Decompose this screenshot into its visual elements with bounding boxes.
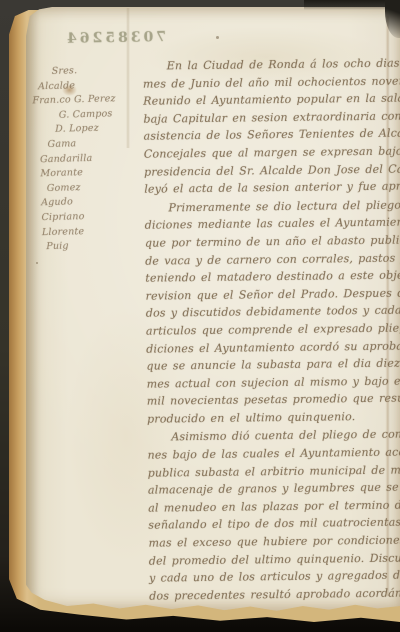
manuscript-paragraph: Asimismo dió cuenta del pliego de condic… (147, 426, 400, 605)
attendee-margin-list: Sres.AlcaldeFran.co G. PerezG. CamposD. … (32, 63, 141, 255)
manuscript-body-text: En la Ciudad de Ronda á los ocho dias de… (143, 54, 400, 605)
manuscript-line: mil novecientas pesetas promedio que res… (147, 390, 400, 411)
manuscript-line: dos precedentes resultó aprobado acordán… (149, 584, 400, 605)
manuscript-paragraph: En la Ciudad de Ronda á los ocho dias de… (143, 54, 400, 198)
manuscript-paragraph: Primeramente se dio lectura del pliego d… (144, 196, 400, 428)
manuscript-photo: 70385264 Sres.AlcaldeFran.co G. PerezG. … (0, 0, 400, 632)
manuscript-line: leyó el acta de la sesion anterior y fue… (144, 178, 400, 199)
paper-speck (36, 262, 38, 264)
attendee-name: Puig (36, 238, 140, 255)
manuscript-line: producido en el ultimo quinquenio. (147, 407, 400, 428)
mirrored-number-stamp: 70385264 (58, 29, 166, 47)
paper-speck (216, 36, 219, 39)
